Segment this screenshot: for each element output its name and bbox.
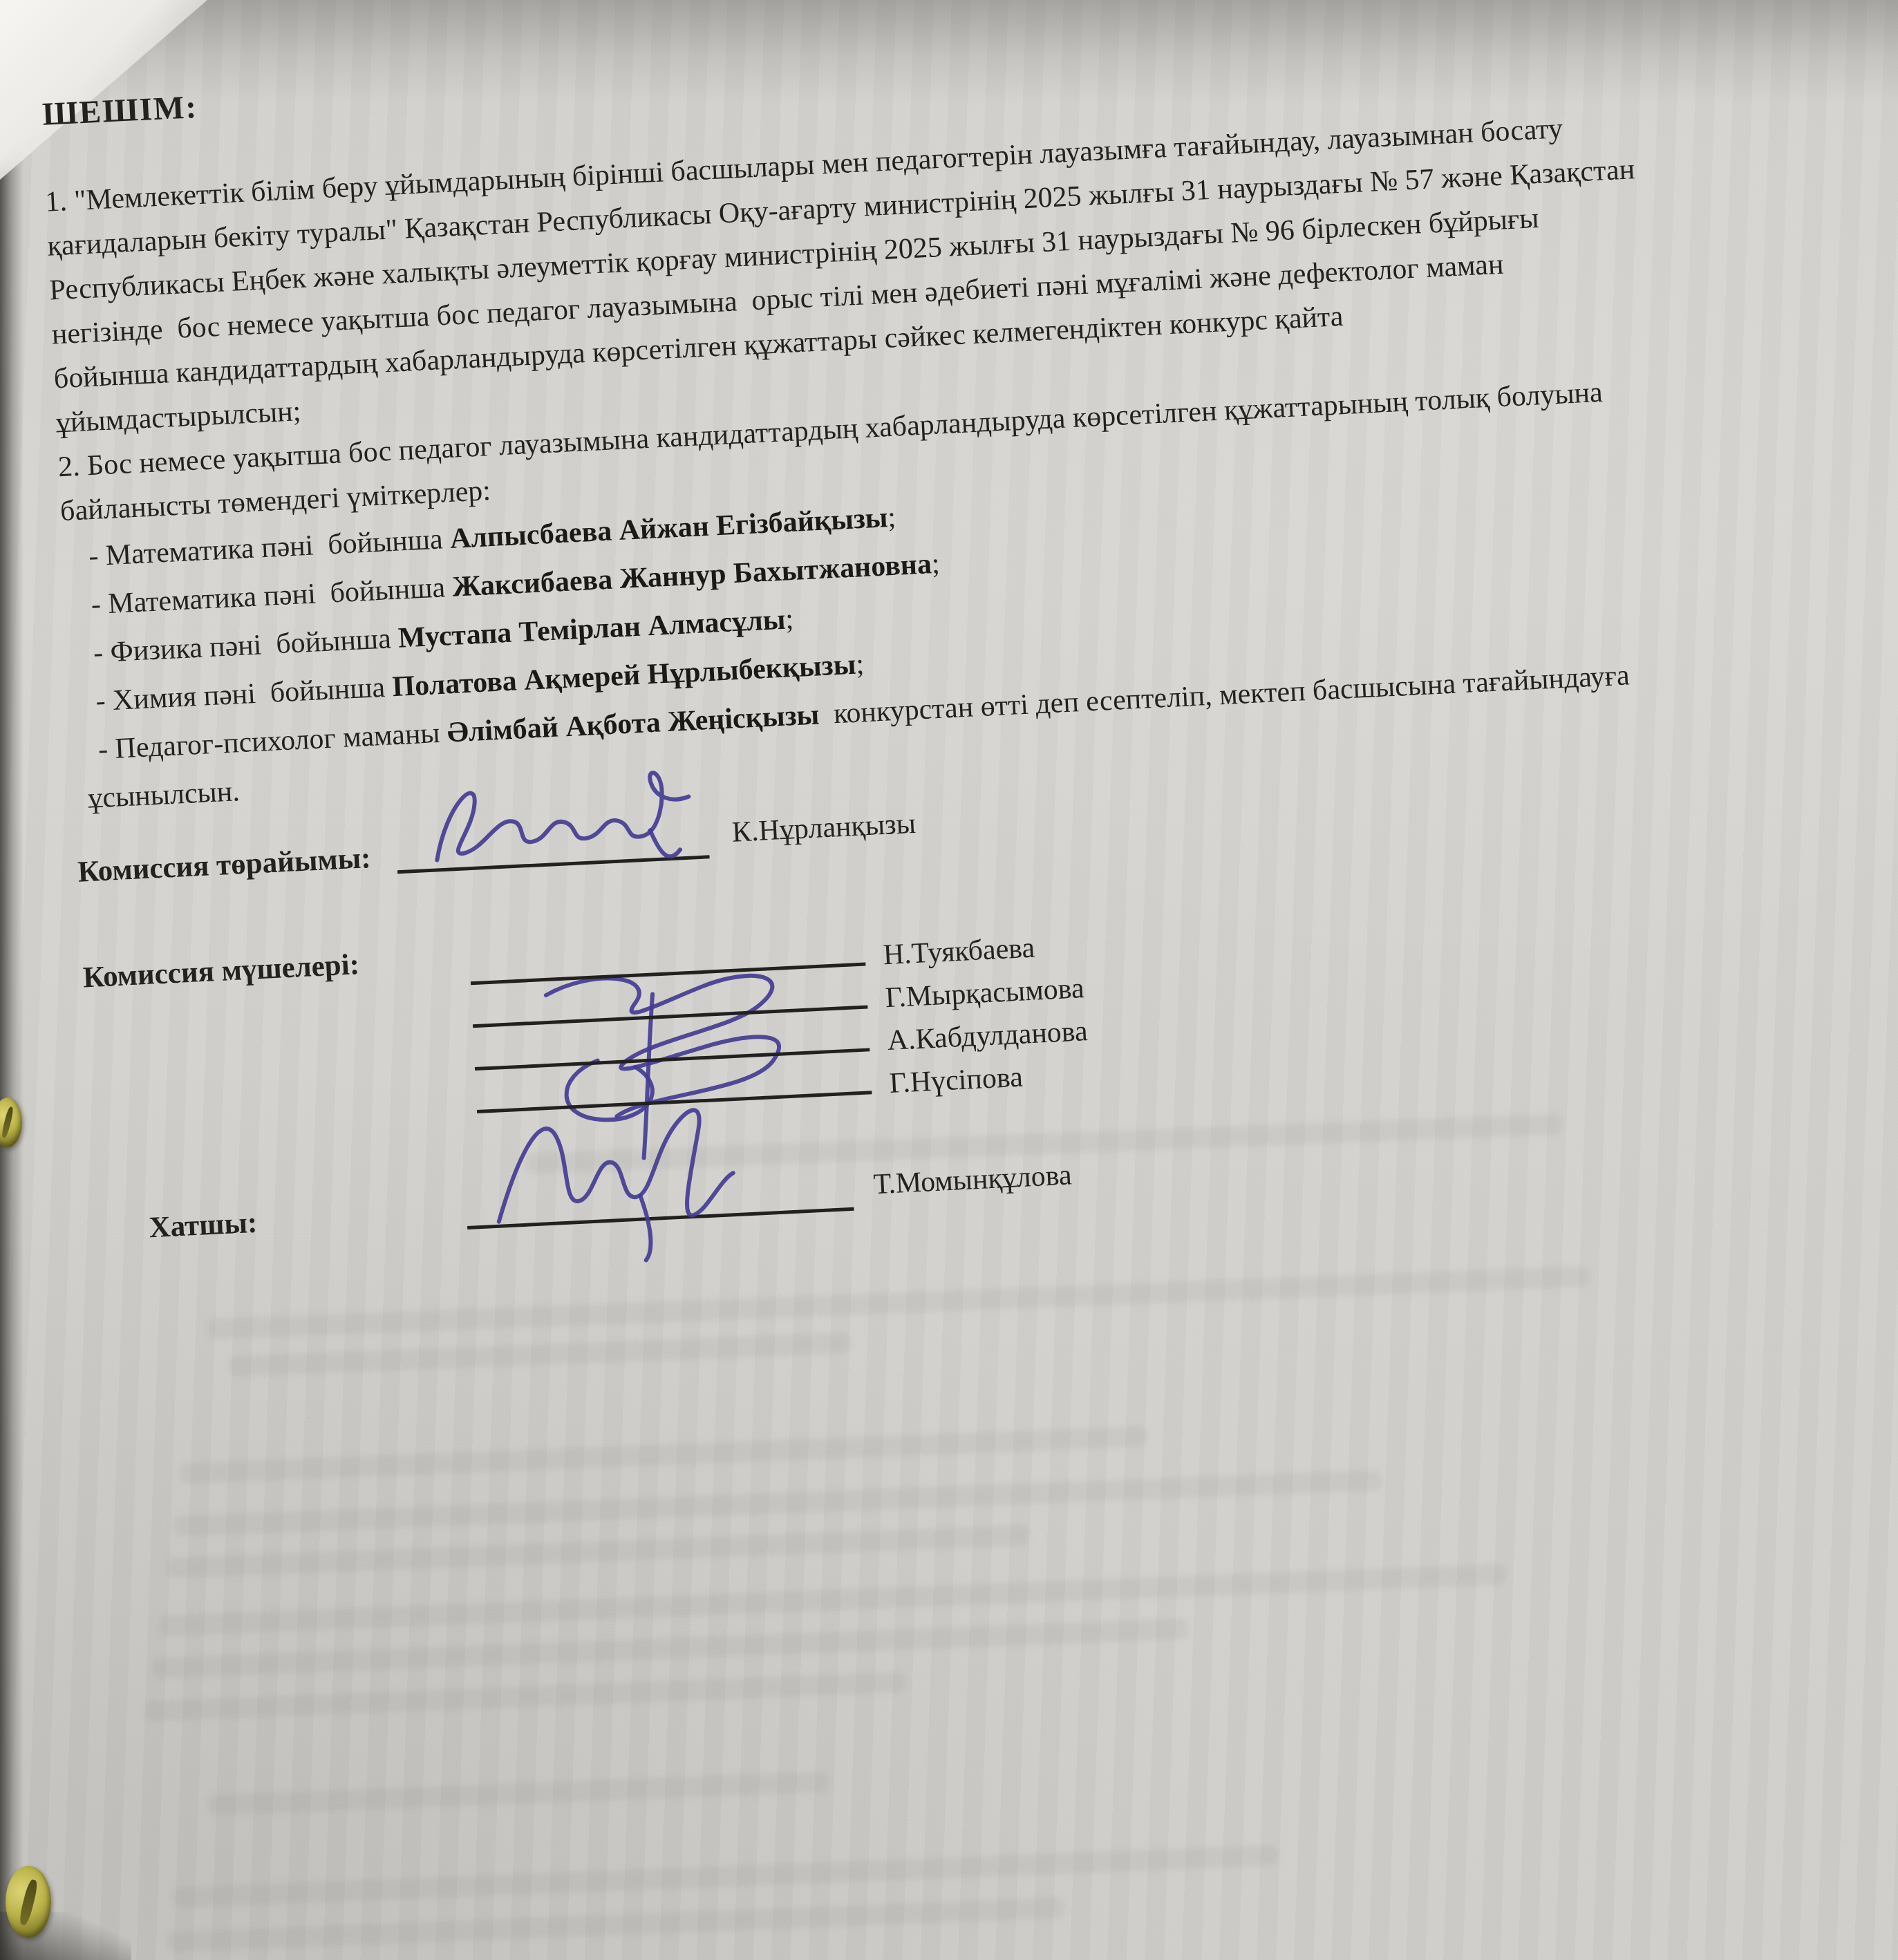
document-photo: ШЕШІМ: 1. "Мемлекеттік білім беру ұйымда… <box>0 0 1898 1960</box>
candidate-subject: - Педагог-психолог маманы <box>97 717 448 766</box>
member-rule <box>477 1085 872 1113</box>
binder-brad-slot <box>1 1106 15 1139</box>
member-name: Г.Нүсіпова <box>889 1061 1024 1100</box>
page-left-edge-shadow <box>0 0 24 1960</box>
candidate-suffix: ; <box>931 548 941 581</box>
candidate-subject: - Математика пәні бойынша <box>91 572 453 621</box>
candidate-subject: - Химия пәні бойынша <box>95 671 393 717</box>
bleed-through-line <box>173 1469 1382 1536</box>
bleed-through-line <box>145 1672 905 1722</box>
members-signature-lines: Н.Туякбаева Г.Мырқасымова А.Кабдулданова… <box>469 912 1090 1113</box>
bleed-through-line <box>207 1771 829 1816</box>
bleed-through-line <box>207 1266 1590 1340</box>
signature-block: Комиссия төрайымы: К.Нұрланқызы Комиссия… <box>77 766 1898 1247</box>
bleed-through-line <box>166 1897 1064 1952</box>
candidate-name: Әлімбай Ақбота Жеңісқызы <box>447 699 820 748</box>
candidate-suffix: ; <box>887 502 896 534</box>
bleed-through-line <box>152 1618 1189 1679</box>
candidate-subject: - Математика пәні бойынша <box>88 523 451 572</box>
candidate-suffix: ; <box>784 603 794 636</box>
bleed-through-line <box>166 1525 1030 1579</box>
bleed-through-line <box>180 1426 1147 1484</box>
secretary-label: Хатшы: <box>95 1198 424 1247</box>
bleed-through-line <box>159 1564 1507 1637</box>
candidate-subject: - Физика пәні бойынша <box>93 623 399 669</box>
members-signature-row: Комиссия мүшелері: Н.Туякбаева Г.Мырқасы… <box>82 871 1898 1132</box>
chair-label: Комиссия төрайымы: <box>77 841 371 889</box>
candidate-suffix: ; <box>855 648 865 681</box>
document-page: ШЕШІМ: 1. "Мемлекеттік білім беру ұйымда… <box>40 7 1898 1247</box>
chair-signature-line <box>397 848 710 874</box>
chair-name: К.Нұрланқызы <box>731 807 917 849</box>
secretary-name: Т.Момынқұлова <box>873 1158 1073 1201</box>
members-label: Комиссия мүшелері: <box>82 942 471 995</box>
binder-brad-slot <box>18 1878 39 1925</box>
secretary-signature-row: Хатшы: Т.Момынқұлова <box>95 1124 1898 1247</box>
secretary-signature-line <box>467 1200 854 1229</box>
bleed-through-line <box>173 1845 1279 1907</box>
bleed-through-line <box>228 1332 850 1377</box>
binder-brad-bottom <box>6 1866 51 1938</box>
